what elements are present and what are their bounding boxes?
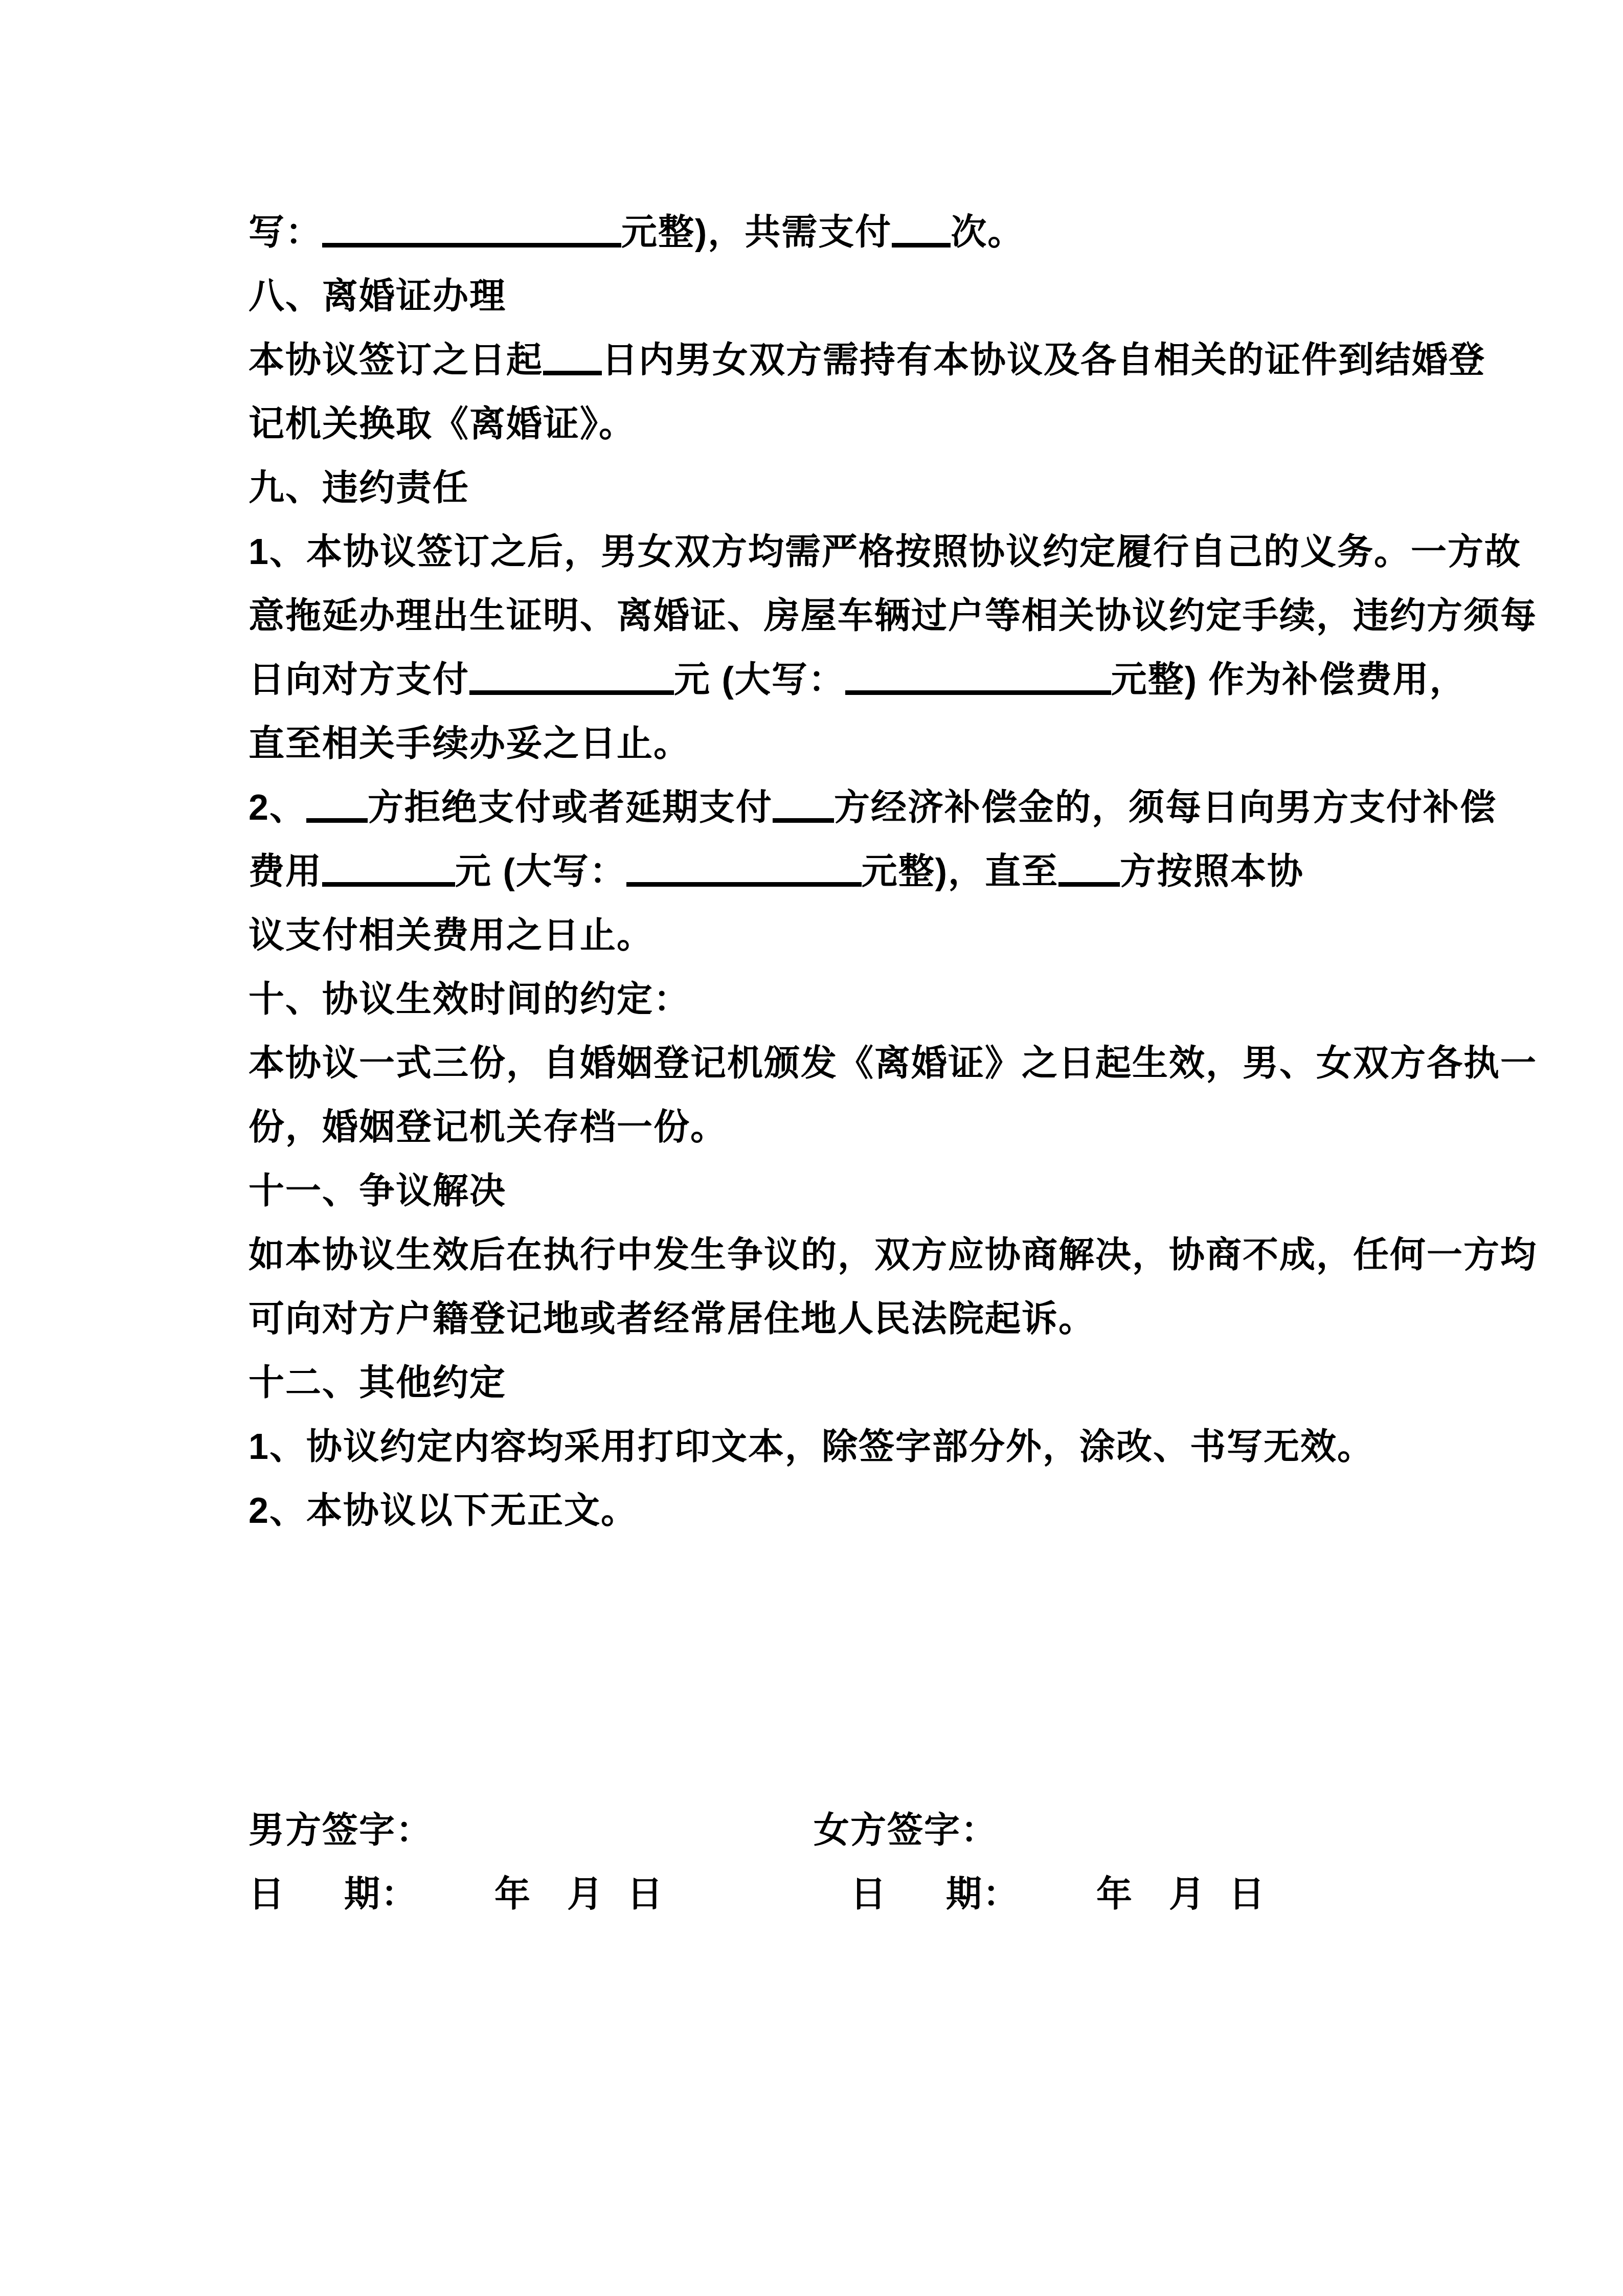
text-segment: 方拒绝支付或者延期支付 — [368, 787, 773, 827]
text-segment: 日 — [850, 1874, 887, 1914]
text-segment: 日 — [1229, 1874, 1266, 1914]
agreement-body: 写：元整)，共需支付次。八、离婚证办理本协议签订之日起日内男女双方需持有本协议及… — [249, 200, 1558, 1926]
document-line: 写：元整)，共需支付次。 — [249, 200, 1558, 264]
document-line: 十、协议生效时间的约定： — [249, 967, 1558, 1031]
document-page: 写：元整)，共需支付次。八、离婚证办理本协议签订之日起日内男女双方需持有本协议及… — [0, 0, 1623, 2296]
text-segment: 本协议一式三份，自婚姻登记机颁发《离婚证》之日起生效，男、女双方各执一 — [249, 1043, 1537, 1083]
text-segment: 2、 — [249, 787, 306, 827]
document-line: 1、本协议签订之后，男女双方均需严格按照协议约定履行自己的义务。一方故 — [249, 520, 1558, 584]
fill-in-blank-underline — [1058, 877, 1120, 887]
spacer — [664, 1906, 850, 1906]
text-segment: 方按照本协 — [1120, 851, 1304, 891]
text-segment: 九、违约责任 — [249, 468, 469, 508]
date-row: 日期：年月日日期：年月日 — [249, 1862, 1558, 1926]
spacer — [887, 1906, 946, 1906]
text-segment: 十、协议生效时间的约定： — [249, 979, 690, 1019]
spacer — [1020, 1906, 1096, 1906]
text-segment: 元整)，共需支付 — [621, 212, 892, 252]
text-segment: 费用 — [249, 851, 322, 891]
text-segment: 日 — [249, 1874, 285, 1914]
text-segment: 2、本协议以下无正文。 — [249, 1491, 638, 1530]
document-line: 2、本协议以下无正文。 — [249, 1479, 1558, 1543]
document-line: 费用元 (大写：元整)，直至方按照本协 — [249, 840, 1558, 904]
fill-in-blank-underline — [845, 685, 1111, 695]
text-segment: 方经济补偿金的，须每日向男方支付补偿 — [834, 787, 1497, 827]
text-segment: 次。 — [951, 212, 1024, 252]
text-segment: 男方签字： — [249, 1810, 433, 1850]
document-line: 如本协议生效后在执行中发生争议的，双方应协商解决，协商不成，任何一方均 — [249, 1223, 1558, 1287]
document-line: 意拖延办理出生证明、离婚证、房屋车辆过户等相关协议约定手续，违约方须每 — [249, 584, 1558, 648]
text-segment: 意拖延办理出生证明、离婚证、房屋车辆过户等相关协议约定手续，违约方须每 — [249, 596, 1537, 636]
text-segment: 年 — [1096, 1874, 1133, 1914]
spacer — [531, 1906, 567, 1906]
document-line: 本协议签订之日起日内男女双方需持有本协议及各自相关的证件到结婚登 — [249, 328, 1558, 392]
text-segment: 元 (大写： — [455, 851, 626, 891]
fill-in-blank-underline — [543, 366, 602, 375]
spacer — [1206, 1906, 1229, 1906]
spacer — [1133, 1906, 1169, 1906]
text-segment: 年 — [494, 1874, 531, 1914]
document-line: 十二、其他约定 — [249, 1351, 1558, 1415]
text-segment: 可向对方户籍登记地或者经常居住地人民法院起诉。 — [249, 1299, 1095, 1339]
text-segment: 日内男女双方需持有本协议及各自相关的证件到结婚登 — [602, 340, 1485, 380]
text-segment: 1、本协议签订之后，男女双方均需严格按照协议约定履行自己的义务。一方故 — [249, 532, 1521, 572]
fill-in-blank-underline — [469, 685, 674, 695]
text-segment: 女方签字： — [814, 1810, 998, 1850]
text-segment: 元整)，直至 — [862, 851, 1058, 891]
fill-in-blank-underline — [322, 877, 455, 887]
text-segment: 写： — [249, 212, 322, 252]
document-line: 份，婚姻登记机关存档一份。 — [249, 1095, 1558, 1159]
text-segment: 元 (大写： — [674, 660, 845, 700]
spacer — [433, 1842, 814, 1842]
text-segment: 期： — [946, 1874, 1020, 1914]
document-line: 可向对方户籍登记地或者经常居住地人民法院起诉。 — [249, 1287, 1558, 1351]
text-segment: 月 — [567, 1874, 604, 1914]
document-line: 议支付相关费用之日止。 — [249, 904, 1558, 967]
text-segment: 期： — [344, 1874, 418, 1914]
spacer — [604, 1906, 627, 1906]
document-line: 2、方拒绝支付或者延期支付方经济补偿金的，须每日向男方支付补偿 — [249, 776, 1558, 840]
document-line: 八、离婚证办理 — [249, 264, 1558, 328]
document-line: 1、协议约定内容均采用打印文本，除签字部分外，涂改、书写无效。 — [249, 1415, 1558, 1479]
fill-in-blank-underline — [306, 813, 368, 823]
fill-in-blank-underline — [773, 813, 834, 823]
spacer — [285, 1906, 344, 1906]
signature-row: 男方签字：女方签字： — [249, 1798, 1558, 1862]
text-segment: 如本协议生效后在执行中发生争议的，双方应协商解决，协商不成，任何一方均 — [249, 1235, 1537, 1275]
document-line: 日向对方支付元 (大写：元整) 作为补偿费用， — [249, 648, 1558, 712]
text-segment: 八、离婚证办理 — [249, 276, 506, 316]
text-segment: 日 — [627, 1874, 664, 1914]
document-line: 十一、争议解决 — [249, 1159, 1558, 1223]
text-segment: 议支付相关费用之日止。 — [249, 915, 653, 955]
text-segment: 十二、其他约定 — [249, 1363, 506, 1403]
text-segment: 直至相关手续办妥之日止。 — [249, 724, 690, 763]
text-segment: 元整) 作为补偿费用， — [1111, 660, 1467, 700]
fill-in-blank-underline — [626, 877, 862, 887]
text-segment: 月 — [1169, 1874, 1206, 1914]
text-segment: 十一、争议解决 — [249, 1171, 506, 1211]
document-line: 九、违约责任 — [249, 456, 1558, 520]
document-line: 直至相关手续办妥之日止。 — [249, 712, 1558, 776]
text-segment: 份，婚姻登记机关存档一份。 — [249, 1107, 727, 1147]
text-segment: 本协议签订之日起 — [249, 340, 543, 380]
spacer — [418, 1906, 494, 1906]
text-segment: 1、协议约定内容均采用打印文本，除签字部分外，涂改、书写无效。 — [249, 1427, 1374, 1467]
document-line: 记机关换取《离婚证》。 — [249, 392, 1558, 456]
text-segment: 日向对方支付 — [249, 660, 469, 700]
fill-in-blank-underline — [322, 238, 621, 247]
document-line: 本协议一式三份，自婚姻登记机颁发《离婚证》之日起生效，男、女双方各执一 — [249, 1031, 1558, 1095]
text-segment: 记机关换取《离婚证》。 — [249, 404, 636, 444]
fill-in-blank-underline — [892, 238, 951, 247]
